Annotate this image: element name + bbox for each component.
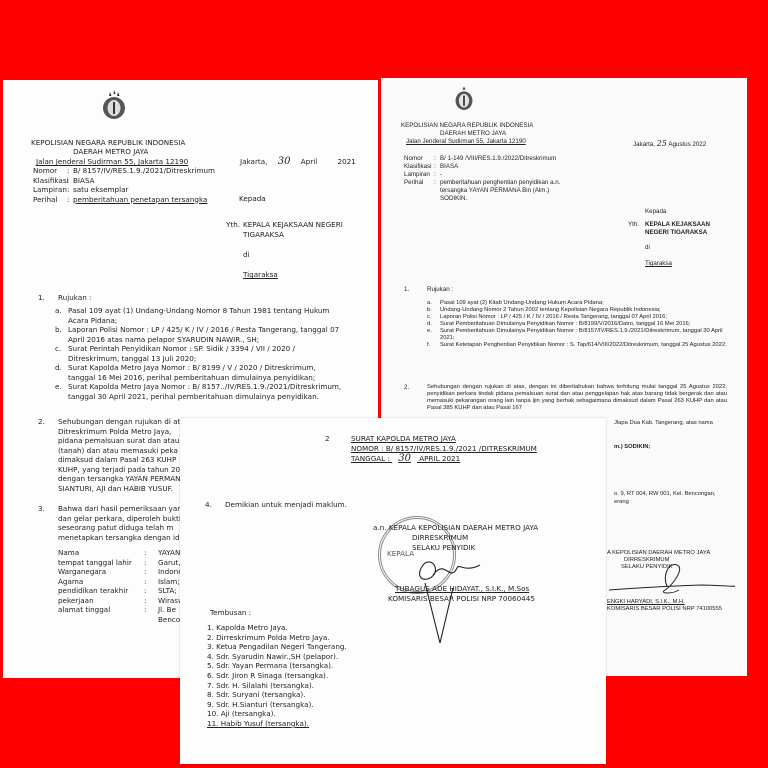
identity-row: alamat tinggal:Jl. Be [58,605,185,615]
city: Jakarta, [633,141,655,148]
ref-line-1: SURAT KAPOLDA METRO JAYA [351,434,456,444]
signatory-rank: KOMISARIS BESAR POLISI NRP 70060445 [388,594,535,604]
identity-row: Nama:YAYAN [58,548,185,558]
tembusan-item: 3. Ketua Pengadilan Negeri Tangerang. [207,642,347,652]
meta-klasifikasi: Klasifikasi:BIASA [404,163,574,171]
tembusan-item: 7. Sdr. H. Silalahi (tersangka). [207,681,347,691]
closing-text: Demikian untuk menjadi maklum. [225,500,347,510]
tembusan-item: 2. Dirreskrimum Polda Metro Jaya. [207,633,347,643]
recipient-di: di [645,244,650,252]
section-1-num: 1. [38,293,45,303]
tembusan-item: 11. Habib Yusuf (tersangka). [207,719,347,729]
date-day: 25 [657,139,667,148]
section-1-list: a.Pasal 109 ayat (2) Kitab Undang-Undang… [427,300,727,349]
signature-scribble-icon [607,560,737,600]
recipient-kepada: Kepada [645,208,666,216]
tembusan-item: 5. Sdr. Yayan Permana (tersangka). [207,661,347,671]
letter-meta: Nomor:B/ 1-149 /VIII/RES.1.9./2022/Ditre… [404,155,574,203]
meta-perihal: Perihal:pemberitahuan penetapan tersangk… [33,195,215,205]
meta-lampiran: Lampiran:- [404,171,574,179]
identity-row: pendidikan terakhir:SLTA; [58,586,185,596]
section-2-text: Sehubungan dengan rujukan di atas, denga… [427,384,727,412]
signature-title: A KEPOLISIAN DAERAH METRO JAYA [607,550,710,557]
letter-page-2: 2 SURAT KAPOLDA METRO JAYA NOMOR : B/ 81… [180,418,606,764]
date-year: 2021 [338,157,356,166]
section-1-title: Rujukan : [58,293,91,303]
list-item: f.Surat Ketetapan Penghentian Penyidikan… [427,342,727,349]
place-date: Jakarta, 25 Agustus 2022 [633,140,706,149]
list-item: a.Pasal 109 ayat (2) Kitab Undang-Undang… [427,300,727,307]
meta-nomor: Nomor:B/ 1-149 /VIII/RES.1.9./2022/Ditre… [404,155,574,163]
section-2-fragment: m.) SODIKIN; [614,443,650,451]
identity-row: tempat tanggal lahir:Garut, [58,558,185,568]
identity-row: pekerjaan:Wirasw [58,596,185,606]
date-day: 30 [278,156,291,167]
identity-row: Warganegara:Indone [58,567,185,577]
section-1-list: a.Pasal 109 ayat (1) Undang-Undang Nomor… [55,306,345,401]
meta-lampiran: Lampiran:satu eksemplar [33,185,215,195]
list-item: e.Surat Kapolda Metro Jaya Nomor : B/ 81… [55,382,345,401]
identity-row: Agama:Islam; [58,577,185,587]
section-2-fragment: erang [614,498,629,506]
section-1-num: 1. [404,286,409,294]
date-month-year: Agustus 2022 [668,141,706,148]
recipient-name-2: NEGERI TIGARAKSA [645,229,707,237]
list-item: b.Laporan Polisi Nomor : LP / 425/ K / I… [55,325,345,344]
tembusan-item: 10. Aji (tersangka). [207,709,347,719]
tembusan-item: 4. Sdr. Syarudin Nawir.,SH (pelapor). [207,652,347,662]
recipient-kepada: Kepada [239,194,266,204]
tembusan-item: 1. Kapolda Metro Jaya. [207,623,347,633]
recipient-name-1: KEPALA KEJAKSAAN NEGERI [243,220,343,230]
recipient-place: Tigaraksa [645,260,672,268]
header-institution: KEPOLISIAN NEGARA REPUBLIK INDONESIA [401,122,533,130]
tembusan-list: 1. Kapolda Metro Jaya.2. Dirreskrimum Po… [207,623,347,729]
list-item: d.Surat Kapolda Metro Jaya Nomor : B/ 81… [55,363,345,382]
header-region: DAERAH METRO JAYA [440,130,506,138]
letter-meta: Nomor:B/ 8157/IV/RES.1.9./2021/Ditreskri… [33,166,215,204]
city: Jakarta, [240,157,267,166]
list-item: e.Surat Pemberitahuan Dimulainya Penyidi… [427,328,727,342]
police-crest-icon [453,86,475,112]
tembusan-item: 8. Sdr. Suryani (tersangka). [207,690,347,700]
list-item: c.Surat Perintah Penyidikan Nomor : SP. … [55,344,345,363]
recipient-di: di [243,250,250,260]
identity-row: Bencon [58,615,185,625]
list-item: a.Pasal 109 ayat (1) Undang-Undang Nomor… [55,306,345,325]
meta-nomor: Nomor:B/ 8157/IV/RES.1.9./2021/Ditreskri… [33,166,215,176]
recipient-yth: Yth. [628,221,639,229]
meta-perihal: Perihal:pemberitahuan penghentian penyid… [404,179,574,203]
tembusan-title: Tembusan : [210,608,251,618]
recipient-name-2: TIGARAKSA [243,230,284,240]
section-2-num: 2. [404,384,409,392]
recipient-yth: Yth. [226,220,240,230]
signature-title: a.n. KEPALA KEPOLISIAN DAERAH METRO JAYA [373,523,538,533]
list-item: d.Surat Pemberitahuan Dimulainya Penyidi… [427,321,727,328]
place-date: Jakarta, 30 April 2021 [240,157,356,167]
section-1-title: Rujukan : [427,286,453,294]
closing-num: 4. [205,500,212,510]
tembusan-item: 9. Sdr. H.Sianturi (tersangka). [207,700,347,710]
section-3-text: Bahwa dari hasil pemeriksaan yandan gela… [58,504,189,542]
section-3-num: 3. [38,504,45,514]
signature-dept: DIRRESKRIMUM [412,533,468,543]
signatory-rank: KOMISARIS BESAR POLISI NRP 74100555 [607,605,722,613]
header-address: Jalan Jenderal Sudirman 55, Jakarta 1219… [406,138,526,146]
list-item: b.Undang-Undang Nomor 2 Tahun 2002 tenta… [427,307,727,314]
page-number: 2 [325,434,330,444]
signatory-name: TUBAGUS ADE HIDAYAT., S.I.K., M.Sos [395,584,529,594]
recipient-place: Tigaraksa [243,270,278,280]
tembusan-item: 6. Sdr. Jiron R Sinaga (tersangka). [207,671,347,681]
header-region: DAERAH METRO JAYA [73,147,148,157]
section-2-num: 2. [38,417,45,427]
ref-line-3: TANGGAL : 30 APRIL 2021 [351,454,460,464]
recipient-name-1: KEPALA KEJAKSAAN [645,221,710,229]
section-2-fragment: Jlapa Dua Kab. Tangerang, atas nama [614,419,713,427]
section-2-fragment: o. 9, RT 004, RW 001, Kel. Bencongan, [614,490,716,498]
list-item: c.Laporan Polisi Nomor : LP / 425 / K / … [427,314,727,321]
date-month: April [301,157,317,166]
ref-line-2: NOMOR : B/ 8157/IV/RES.1.9./2021 /DITRES… [351,444,537,454]
meta-klasifikasi: Klasifikasi:BIASA [33,176,215,186]
police-crest-icon [101,90,127,120]
identity-table: Nama:YAYANtempat tanggal lahir:Garut,War… [58,548,185,624]
